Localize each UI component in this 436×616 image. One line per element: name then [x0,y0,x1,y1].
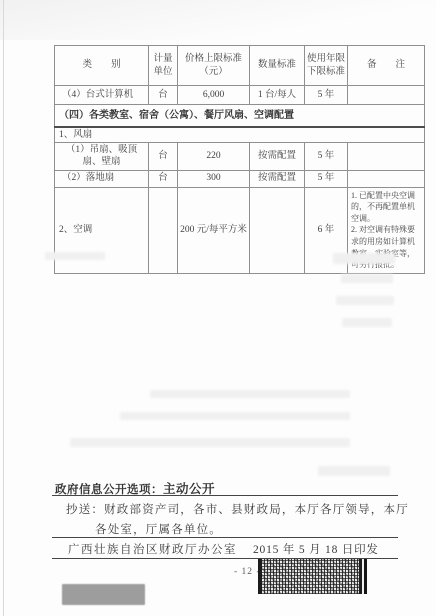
bleed-through-artifact [341,274,393,283]
cell-category: （2）落地扇 [55,170,149,187]
header-remarks: 备 注 [348,46,425,86]
footer-divider-1 [52,495,398,496]
cell-quantity: 按需配置 [250,142,305,170]
header-quantity: 数量标准 [250,46,305,86]
cell-price: 200 元/每平方米 [178,187,250,273]
section-four-title: （四）各类教室、宿舍（公寓）、餐厅风扇、空调配置 [55,105,425,127]
table-row-desktop-computer: （4）台式计算机 台 6,000 1 台/每人 5 年 [55,86,425,105]
bleed-through-artifact [342,318,392,327]
cell-unit: 台 [149,142,178,170]
aircon-note-1: 1. 已配置中央空调的，不再配置单机空调。 [351,190,421,225]
footer-divider-2 [52,537,398,538]
cell-years: 5 年 [305,142,348,170]
cell-years: 5 年 [305,170,348,187]
bleed-through-artifact [150,390,350,398]
scanned-document-page: 类 别 计量单位 价格上限标准（元） 数量标准 使用年限下限标准 备 注 （4）… [0,0,436,616]
barcode [258,559,367,594]
print-date: 2015 年 5 月 18 日印发 [253,541,379,557]
cell-price: 300 [178,170,250,187]
cell-price: 6,000 [178,86,250,105]
table-subsection-row-fans: 1、风扇 [55,127,425,143]
table-header-row: 类 别 计量单位 价格上限标准（元） 数量标准 使用年限下限标准 备 注 [55,46,425,86]
header-category: 类 别 [55,46,149,86]
bleed-through-artifact [120,412,350,420]
cell-quantity: 1 台/每人 [250,86,305,105]
cell-category: （1）吊扇、吸顶扇、壁扇 [55,142,149,170]
header-unit: 计量单位 [149,46,178,86]
bleed-through-artifact [318,466,390,476]
bleed-through-artifact [333,253,395,264]
bleed-through-artifact [45,252,105,260]
table-row-floor-fan: （2）落地扇 台 300 按需配置 5 年 [55,170,425,187]
bleed-through-artifact [70,438,350,447]
gray-stamp-block [62,584,145,605]
table-section-row-four: （四）各类教室、宿舍（公寓）、餐厅风扇、空调配置 [55,105,425,127]
cell-category: 2、空调 [55,187,149,273]
disclosure-value: 主动公开 [163,482,215,496]
page-number: - 12 - [234,567,261,577]
cell-category: （4）台式计算机 [55,86,149,105]
cell-note [348,142,425,170]
header-price-limit: 价格上限标准（元） [178,46,250,86]
cc-line-1: 抄送：财政部资产司，各市、县财政局，本厅各厅领导，本厅 [66,501,409,517]
cc-line-2: 各处室，厅属各单位。 [95,521,222,537]
table-row-ceiling-fan: （1）吊扇、吸顶扇、壁扇 台 220 按需配置 5 年 [55,142,425,170]
header-service-years: 使用年限下限标准 [305,46,348,86]
fan-section-title: 1、风扇 [55,127,425,143]
cell-unit [149,187,178,273]
cell-note [348,86,425,105]
issuing-office: 广西壮族自治区财政厅办公室 [68,541,237,557]
cell-quantity: 按需配置 [250,170,305,187]
cell-unit: 台 [149,86,178,105]
equipment-standards-table: 类 别 计量单位 价格上限标准（元） 数量标准 使用年限下限标准 备 注 （4）… [54,45,425,274]
cell-years: 5 年 [305,86,348,105]
scan-top-shade [0,0,436,40]
scan-left-edge [3,0,4,616]
cell-unit: 台 [149,170,178,187]
cell-quantity [250,187,305,273]
cell-note [348,170,425,187]
cell-price: 220 [178,142,250,170]
bleed-through-artifact [336,296,394,305]
